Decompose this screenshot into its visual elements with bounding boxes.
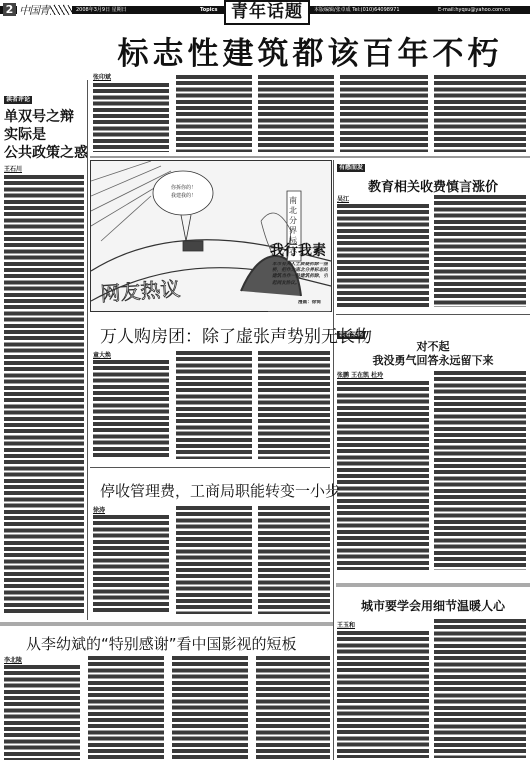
sidebar-headline-2: 实际是 — [4, 126, 46, 144]
edu-byline: 吴江 — [337, 194, 349, 203]
apology-headline-2: 我没勇气回答永远留下来 — [336, 352, 530, 368]
fee-byline: 徐涛 — [93, 505, 105, 514]
film-byline: 李北陵 — [4, 655, 22, 664]
main-byline: 张印斌 — [93, 72, 111, 81]
edu-headline: 教育相关收费慎言涨价 — [336, 176, 530, 195]
warm-byline: 王玉和 — [337, 620, 355, 629]
cartoon-title: 我行我素 — [270, 240, 326, 260]
fee-body-col3 — [258, 505, 330, 614]
svg-text:分: 分 — [289, 215, 297, 225]
sidebar-byline: 王石川 — [4, 164, 22, 173]
apology-body-col2 — [434, 370, 526, 570]
cartoon-credit: 漫画：徐简 — [298, 300, 332, 307]
sidebar-headline-1: 单双号之辩 — [4, 108, 74, 126]
cartoon-bottom-rule — [268, 311, 330, 312]
decorative-hatch — [50, 5, 72, 15]
sidebar-divider — [87, 80, 88, 620]
edu-body-col2 — [434, 194, 526, 307]
speech-bubble-line-2: 我建我的！ — [171, 192, 196, 199]
main-headline: 标志性建筑都该百年不朽 — [90, 28, 530, 73]
edu-bottom-rule — [336, 314, 530, 315]
group-buy-body-col1: 据报道，“深圳万人购房团”发起人日前宣布，将组织万人集体与开发商谈判，以求压低房… — [93, 359, 169, 459]
page-number: 2 — [3, 3, 16, 16]
svg-text:北: 北 — [289, 205, 297, 215]
apology-bottom-rule — [336, 583, 530, 587]
group-buy-byline: 童大焕 — [93, 350, 111, 359]
section-title: 青年话题 — [224, 0, 310, 25]
fee-headline: 停收管理费，工商局职能转变一小步 — [100, 480, 340, 501]
fee-bottom-rule — [0, 622, 333, 626]
fee-body-col2 — [176, 505, 252, 614]
warm-body-col1: 南京市近日推出了一项便民举措，在公交站台增设了供乘客歇脚的座椅……城市管理者应当… — [337, 630, 429, 758]
film-body-col2 — [88, 655, 164, 760]
film-body-col3 — [172, 655, 248, 760]
fee-body-col1: 国家发改委、财政部日前联合发出通知，自9月1日起在全国统一停止征收个体工商户管理… — [93, 514, 169, 614]
warm-headline: 城市要学会用细节温暖人心 — [336, 597, 530, 614]
film-headline: 从李幼斌的“特别感谢”看中国影视的短板 — [26, 633, 297, 654]
cartoon-banner: 网友热议 — [100, 276, 181, 306]
main-body-col3 — [258, 74, 334, 152]
speech-bubble-line-1: 你拆你的！ — [171, 184, 196, 191]
main-body-col5 — [434, 74, 526, 152]
edu-body-col1: 国务院办公厅日前发出通知，今年上半年原则上暂停出台新的调价项目。但在教育收费方面… — [337, 203, 429, 307]
main-body-col2 — [176, 74, 252, 152]
warm-body-col2 — [434, 618, 526, 758]
main-body-col4 — [340, 74, 428, 152]
apology-byline: 张鹏 王在凯 杜玲 — [337, 370, 383, 379]
apology-body-col1: 北京市房价的高企让许多年轻人望而却步……当有人问我是否会永远留在这座城市时，我只… — [337, 380, 429, 570]
svg-text:界: 界 — [289, 226, 297, 235]
cartoon-caption: 本市有关人士质疑拆除一座桥，把作为南北分界标志的建筑当作一般建筑拆除，引起网友热… — [272, 262, 328, 296]
issue-date: 2008年3月9日 星期日 — [76, 7, 127, 13]
editor-contact: 本版编辑/张卓成 Tel:(010)64098971 — [314, 7, 400, 13]
edu-tag: 有感而发 — [337, 164, 365, 172]
group-buy-body-col3 — [258, 350, 330, 459]
film-body-col4 — [256, 655, 330, 760]
group-buy-headline: 万人购房团：除了虚张声势别无长物 — [100, 322, 372, 347]
main-story-bottom-rule — [90, 156, 530, 158]
main-body-col1: “十一五”期间，我国要实现建筑节能目标，其中有一项重要内容就是延长建筑物的寿命。… — [93, 82, 169, 152]
topics-label: Topics — [200, 7, 217, 13]
right-column-divider — [333, 160, 334, 760]
sidebar-tag: 读者评论 — [4, 96, 32, 104]
sidebar-headline-3: 公共政策之惑 — [4, 144, 88, 162]
film-body-col1: 在第七届中国金鹰电视艺术节上，《亮剑》主演李幼斌获奖后发表感言，特别感谢了……这… — [4, 664, 80, 760]
email-contact: E-mail:hyqsu@yahoo.com.cn — [438, 7, 510, 13]
svg-text:南: 南 — [289, 195, 297, 205]
sidebar-body: 北京市交通委员会日前透露，单双号限行措施不会在奥运会后继续实施……单双号限行是否… — [4, 174, 84, 614]
group-buy-body-col2 — [176, 350, 252, 459]
group-buy-bottom-rule — [90, 467, 330, 468]
